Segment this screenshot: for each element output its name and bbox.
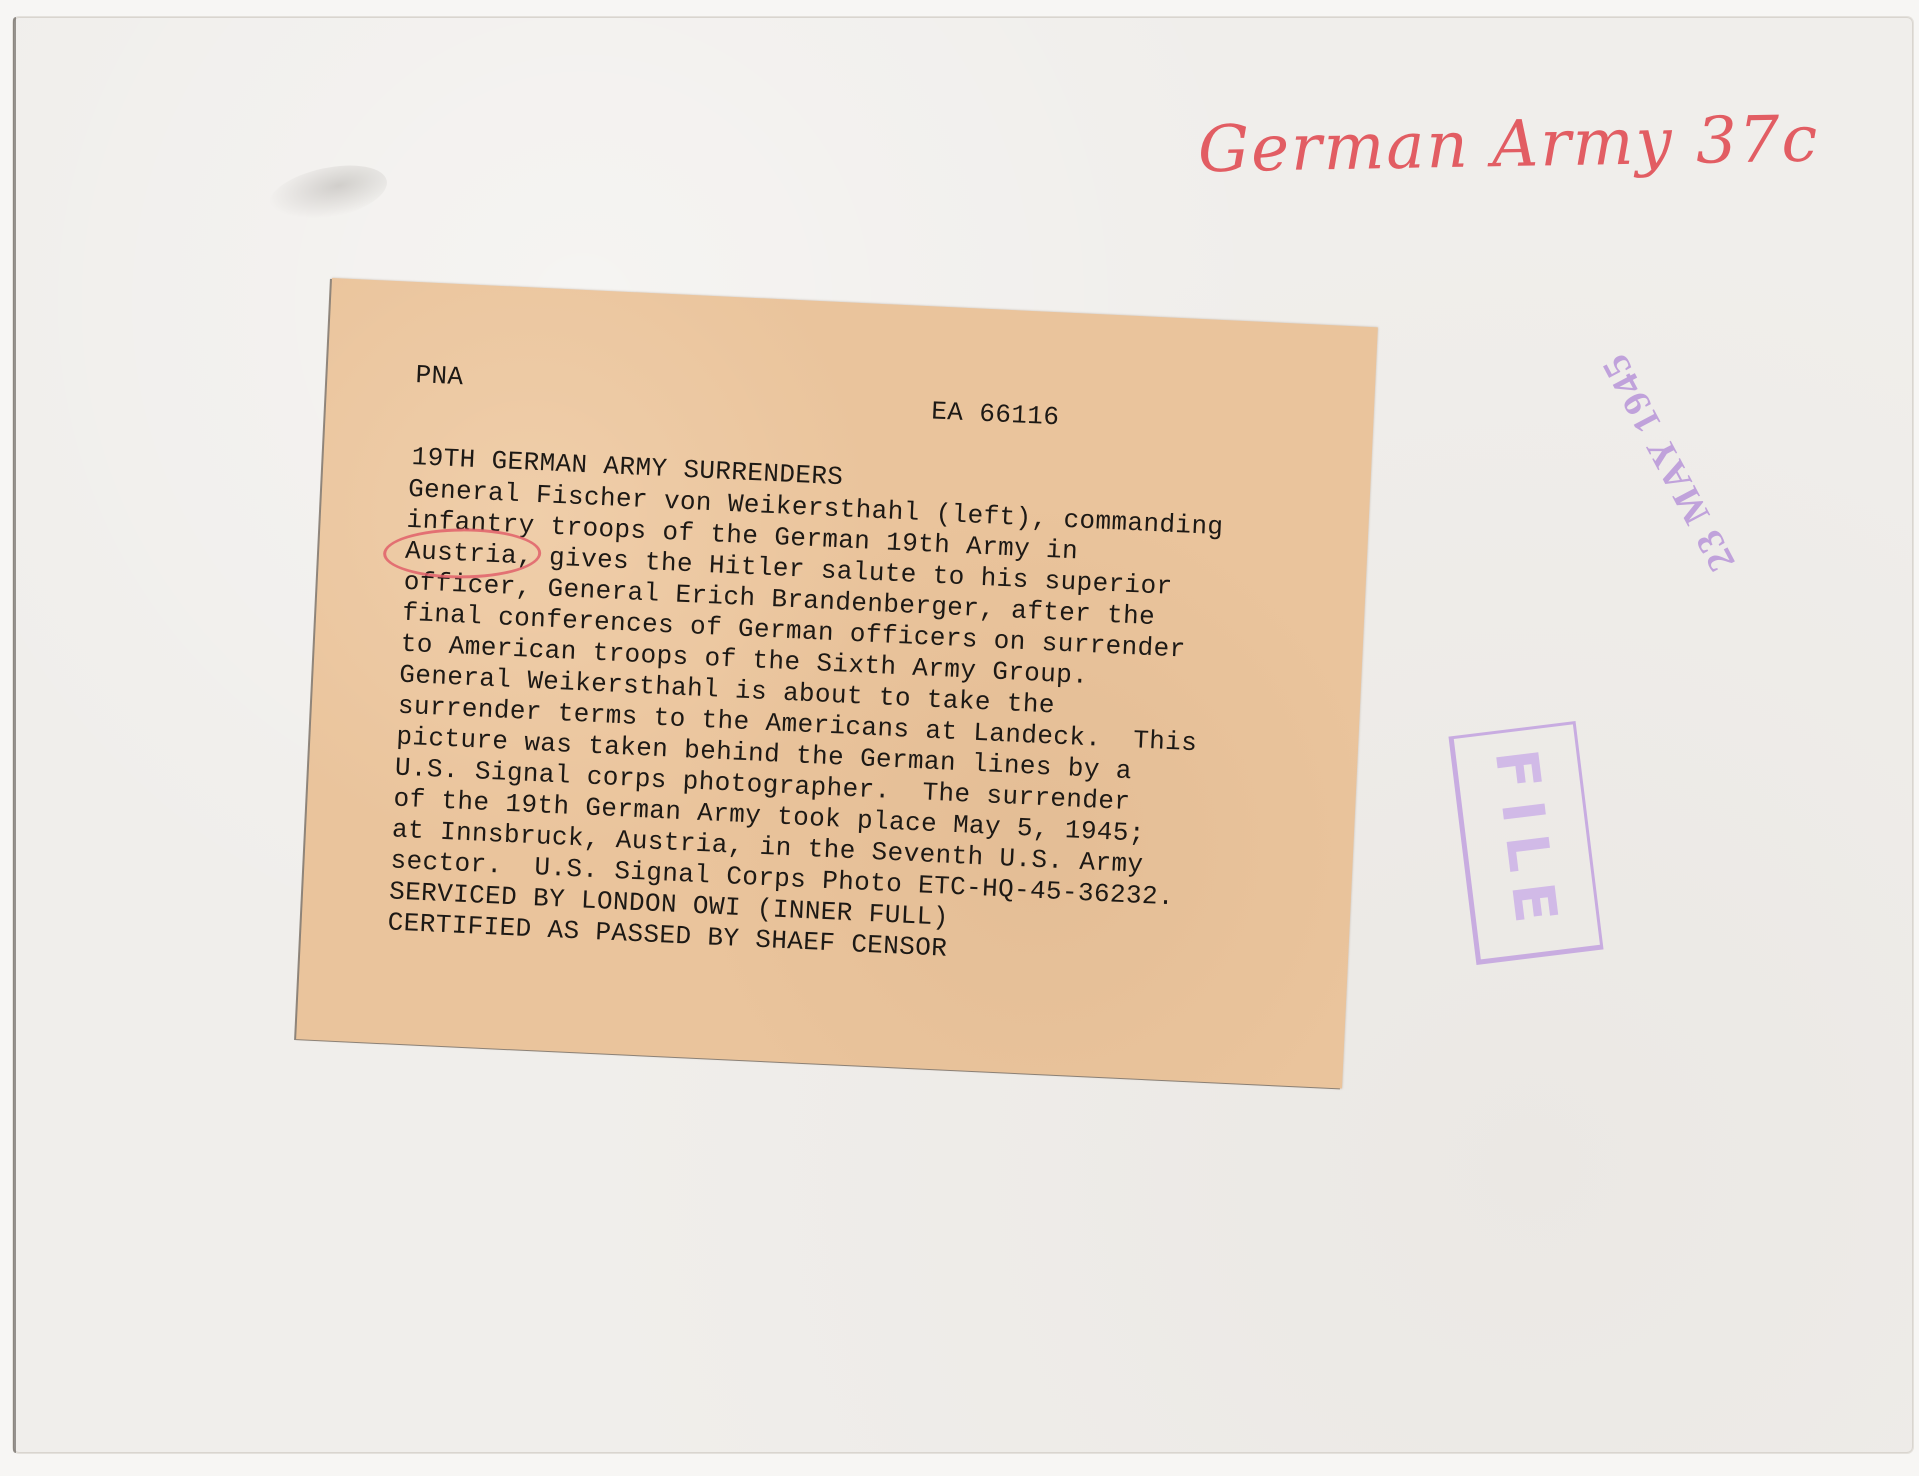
handwritten-red-pencil-note: German Army 37c xyxy=(1197,103,1819,188)
agency-code: PNA xyxy=(415,360,464,392)
file-stamp-label: FILE xyxy=(1482,746,1572,939)
typed-caption-card: PNA EA 66116 19TH GERMAN ARMY SURRENDERS… xyxy=(296,278,1378,1088)
scanned-photo-back-page: German Army 37c 23 MAY 1945 FILE PNA EA … xyxy=(0,0,1919,1476)
photo-number: EA 66116 xyxy=(931,396,1060,432)
